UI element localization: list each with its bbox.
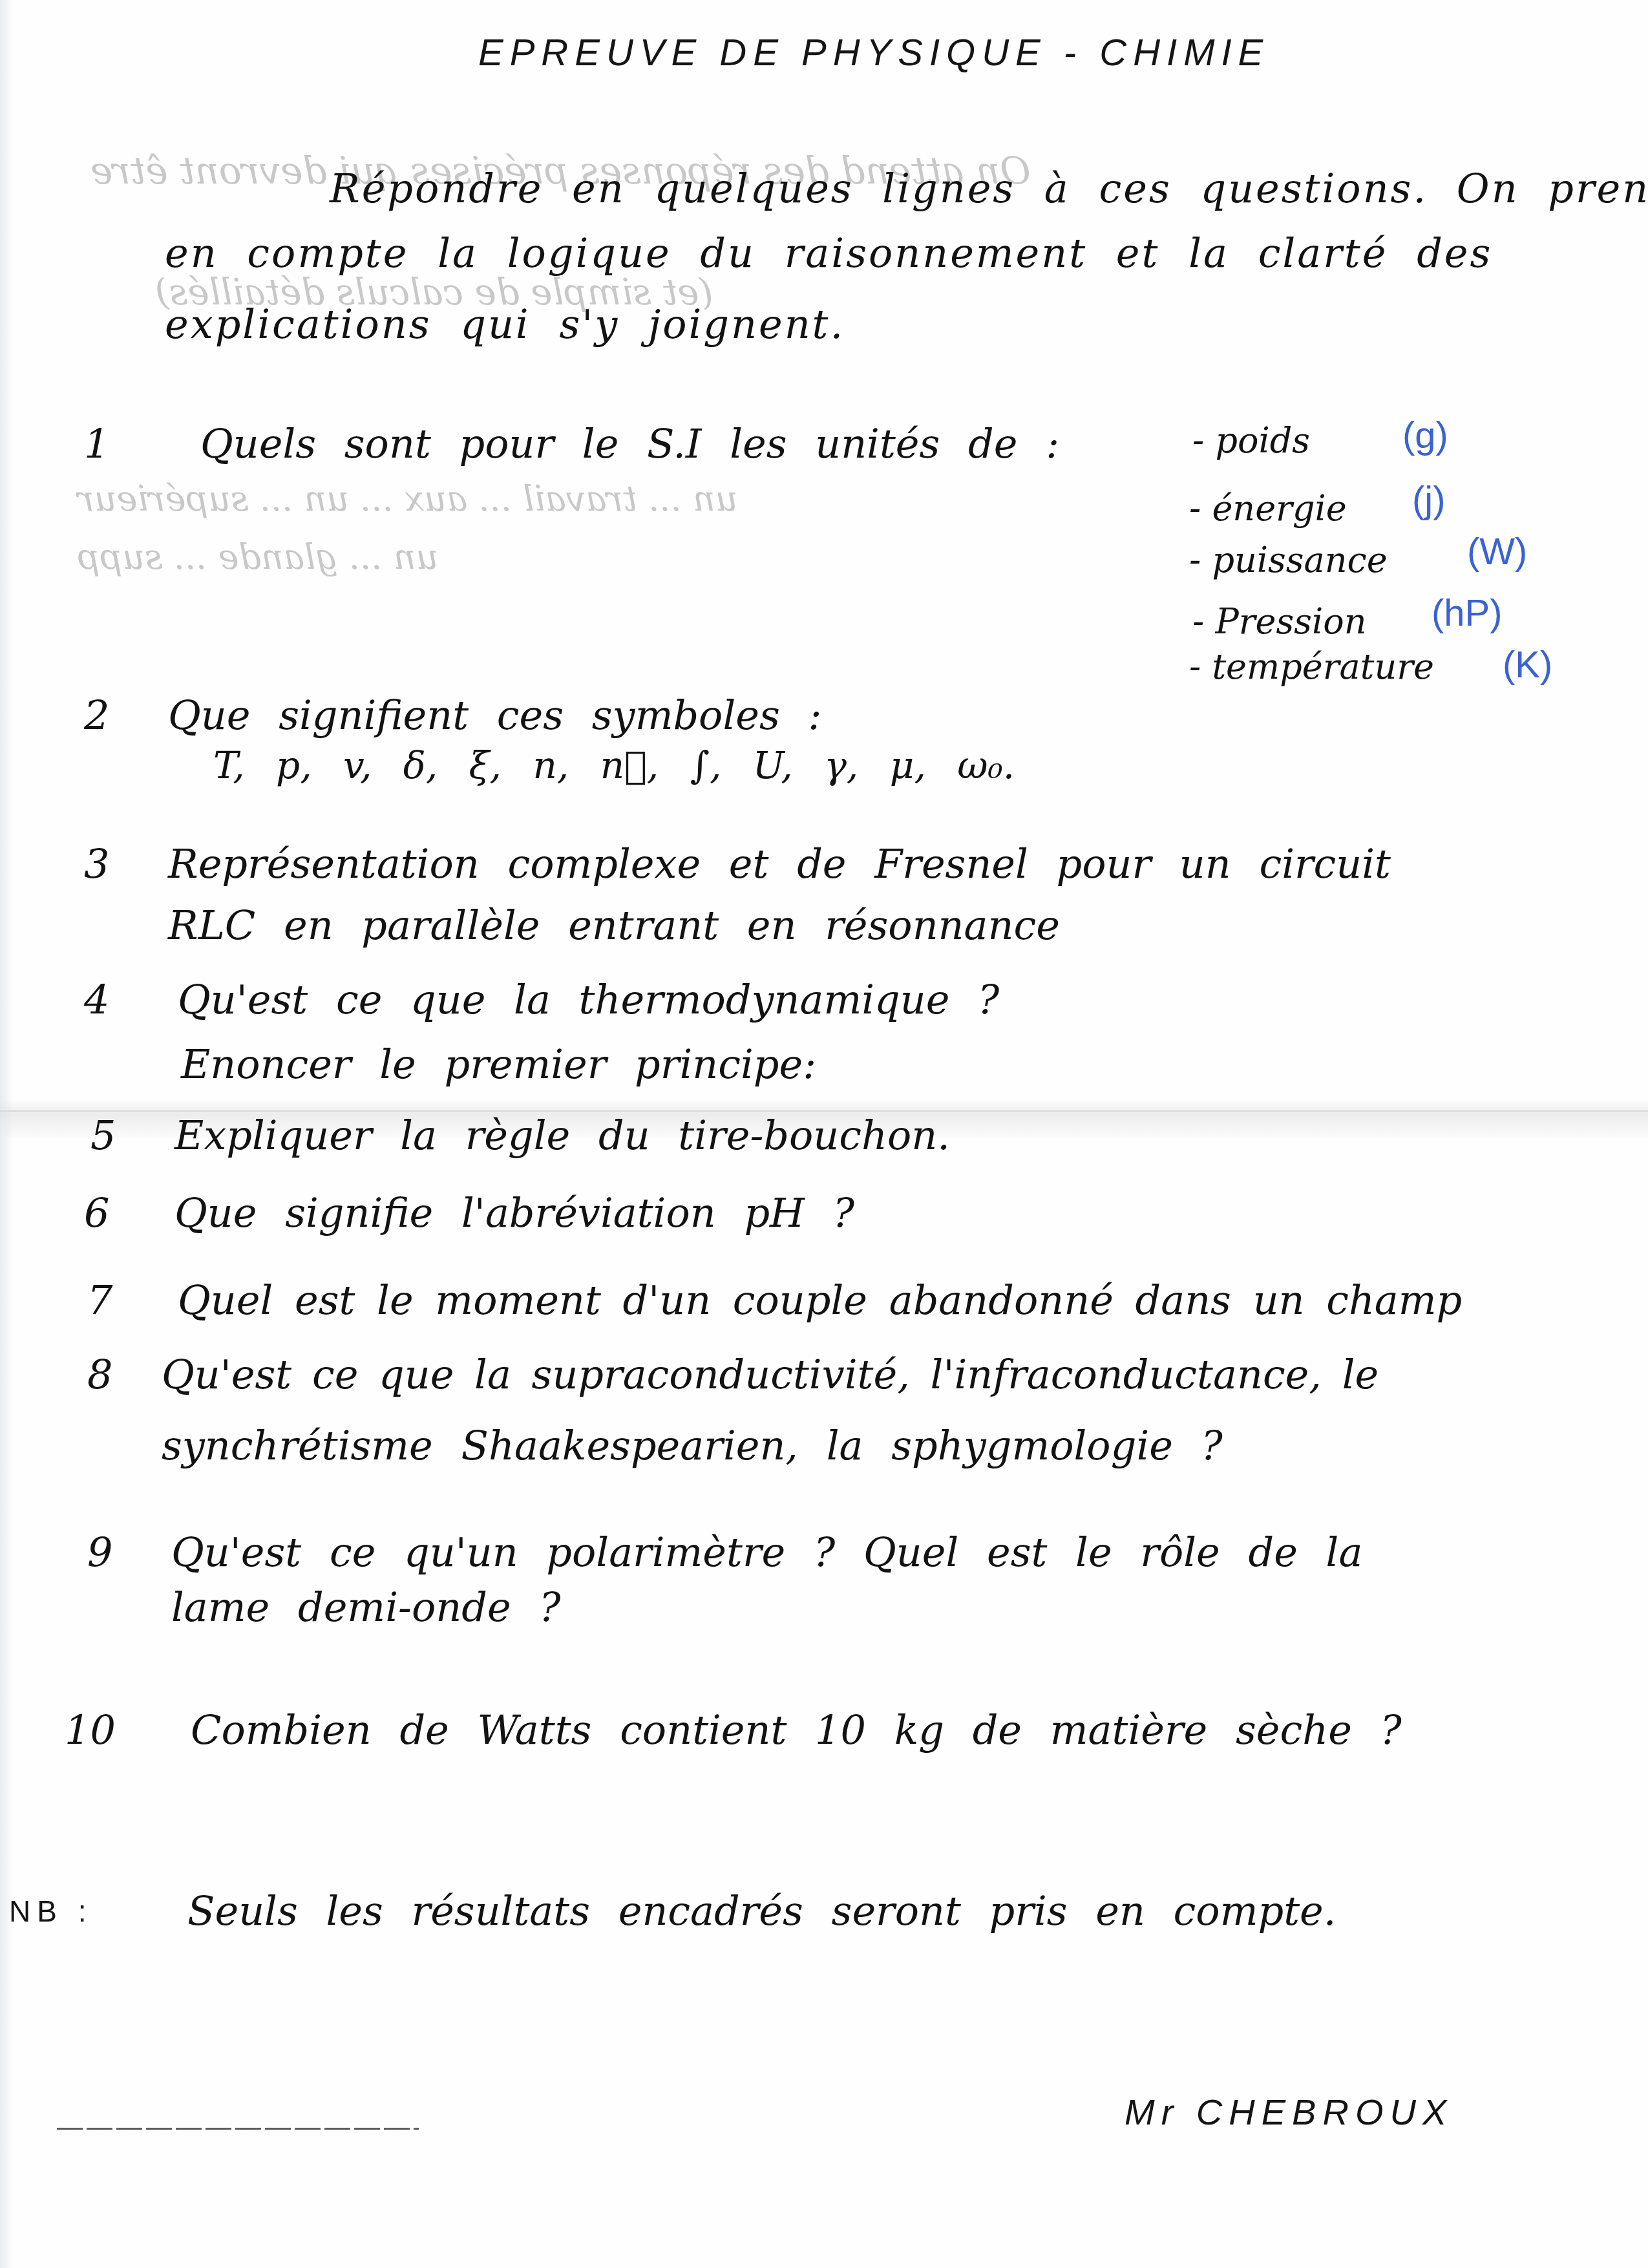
question-4-line-1: Qu'est ce que la thermodynamique ? xyxy=(178,976,999,1023)
unit-answer-pression: (hP) xyxy=(1431,591,1503,635)
unit-answer-puissance: (W) xyxy=(1467,530,1527,573)
question-3-line-1: Représentation complexe et de Fresnel po… xyxy=(168,840,1391,887)
bleed-through-text: un ... travail ... aux ... un ... supéri… xyxy=(78,478,737,519)
question-6-text: Que signifie l'abréviation pH ? xyxy=(174,1189,854,1236)
unit-label-temperature: - température xyxy=(1189,646,1434,687)
question-8-line-1: Qu'est ce que la supraconductivité, l'in… xyxy=(162,1351,1379,1398)
nb-label: NB : xyxy=(9,1894,92,1929)
question-number-4: 4 xyxy=(84,976,109,1023)
intro-line-1: Répondre en quelques lignes à ces questi… xyxy=(330,165,1648,212)
dashed-rule xyxy=(57,2128,419,2130)
intro-line-2: en compte la logique du raisonnement et … xyxy=(165,229,1492,277)
question-number-10: 10 xyxy=(65,1706,116,1754)
question-5-text: Expliquer la règle du tire-bouchon. xyxy=(174,1112,950,1159)
question-2-text: Que signifient ces symboles : xyxy=(168,692,821,739)
question-number-9: 9 xyxy=(87,1529,112,1576)
question-number-3: 3 xyxy=(84,840,109,887)
question-7-text: Quel est le moment d'un couple abandonné… xyxy=(178,1277,1462,1324)
unit-answer-temperature: (K) xyxy=(1503,643,1552,686)
unit-label-energie: - énergie xyxy=(1189,488,1347,529)
question-number-1: 1 xyxy=(84,420,109,467)
question-number-2: 2 xyxy=(84,692,109,739)
question-3-line-2: RLC en parallèle entrant en résonnance xyxy=(168,902,1060,949)
question-8-line-2: synchrétisme Shaakespearien, la sphygmol… xyxy=(162,1422,1223,1469)
nb-text: Seuls les résultats encadrés seront pris… xyxy=(187,1887,1336,1934)
question-9-line-2: lame demi-onde ? xyxy=(171,1584,561,1631)
unit-answer-poids: (g) xyxy=(1402,414,1448,457)
question-number-8: 8 xyxy=(87,1351,112,1398)
exam-title: EPREUVE DE PHYSIQUE - CHIMIE xyxy=(478,31,1269,74)
unit-label-poids: - poids xyxy=(1192,420,1310,461)
question-10-text: Combien de Watts contient 10 kg de matiè… xyxy=(191,1706,1402,1754)
question-1-text: Quels sont pour le S.I les unités de : xyxy=(200,420,1059,467)
exam-sheet: On attend des réponses précises qui devr… xyxy=(0,0,1648,2268)
unit-label-pression: - Pression xyxy=(1192,601,1367,642)
author-signature: Mr CHEBROUX xyxy=(1125,2091,1453,2133)
question-number-7: 7 xyxy=(87,1277,112,1324)
question-number-5: 5 xyxy=(90,1112,116,1159)
intro-line-3: explications qui s'y joignent. xyxy=(165,301,845,348)
symbols-list: T, p, v, δ, ξ, n, n⃗, ∫, U, γ, μ, ω₀. xyxy=(213,743,1015,787)
bleed-through-text: un ... glande ... supp xyxy=(78,536,438,577)
unit-answer-energie: (j) xyxy=(1412,478,1446,522)
question-9-line-1: Qu'est ce qu'un polarimètre ? Quel est l… xyxy=(171,1529,1362,1576)
question-4-line-2: Enoncer le premier principe: xyxy=(181,1041,816,1088)
question-number-6: 6 xyxy=(84,1189,109,1236)
unit-label-puissance: - puissance xyxy=(1189,540,1388,580)
